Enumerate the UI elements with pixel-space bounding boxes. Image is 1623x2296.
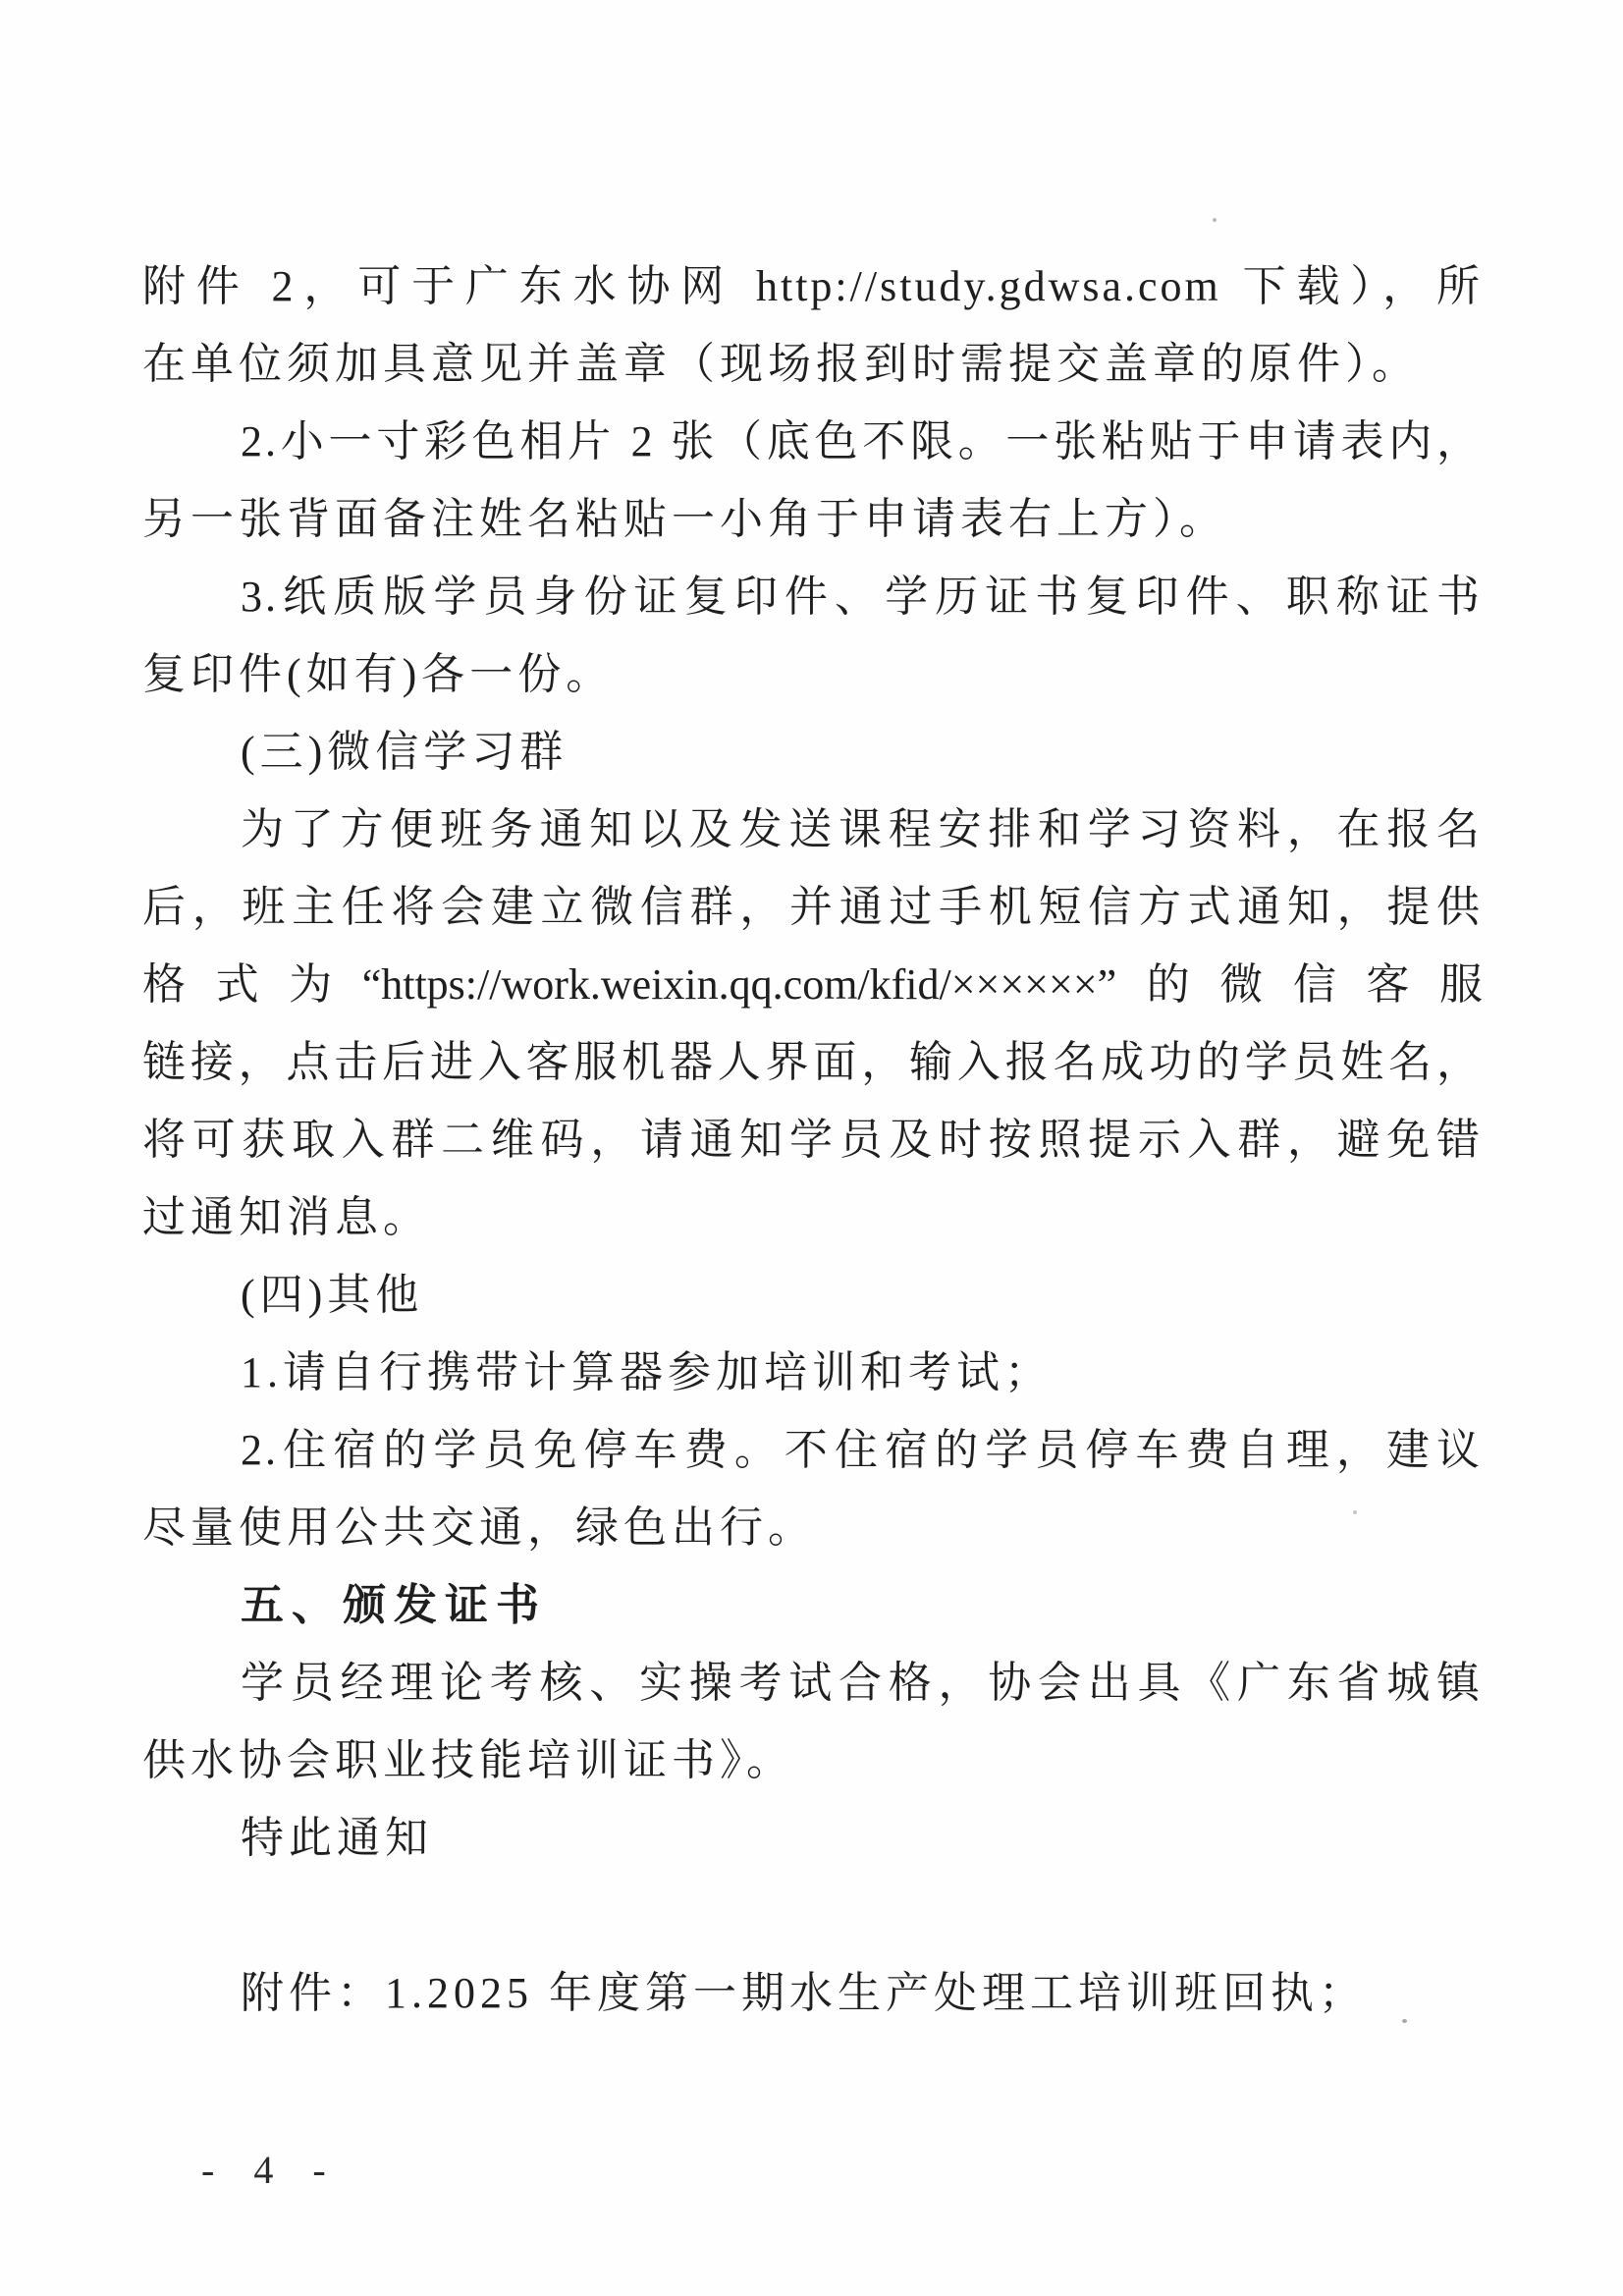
text-line: 3.纸质版学员身份证复印件、学历证书复印件、职称证书 [142, 558, 1483, 635]
document-page: 附件 2，可于广东水协网 http://study.gdwsa.com 下载），… [0, 0, 1623, 2296]
section-heading-certificate: 五、颁发证书 [142, 1566, 1483, 1644]
blank-line [142, 1877, 1483, 1954]
text-line: 在单位须加具意见并盖章（现场报到时需提交盖章的原件）。 [142, 325, 1483, 403]
section-heading-wechat-group: (三)微信学习群 [142, 713, 1483, 791]
text-line: 附件 2，可于广东水协网 http://study.gdwsa.com 下载），… [142, 247, 1483, 325]
text-line: 后，班主任将会建立微信群，并通过手机短信方式通知，提供 [142, 868, 1483, 946]
text-line: 1.请自行携带计算器参加培训和考试； [142, 1334, 1483, 1411]
closing-line: 特此通知 [142, 1799, 1483, 1877]
text-line: 过通知消息。 [142, 1178, 1483, 1256]
text-line: 2.住宿的学员免停车费。不住宿的学员停车费自理，建议 [142, 1411, 1483, 1489]
text-line: 供水协会职业技能培训证书》。 [142, 1722, 1483, 1799]
scan-speck [1213, 218, 1217, 222]
text-line-with-url: 格式为“https://work.weixin.qq.com/kfid/××××… [142, 946, 1483, 1023]
scan-speck [1353, 1510, 1357, 1514]
text-line: 2.小一寸彩色相片 2 张（底色不限。一张粘贴于申请表内， [142, 403, 1483, 480]
text-line: 链接，点击后进入客服机器人界面，输入报名成功的学员姓名， [142, 1023, 1483, 1101]
document-body: 附件 2，可于广东水协网 http://study.gdwsa.com 下载），… [142, 247, 1483, 2032]
section-heading-other: (四)其他 [142, 1256, 1483, 1334]
page-number: - 4 - [201, 2141, 332, 2200]
text-line: 复印件(如有)各一份。 [142, 635, 1483, 713]
scan-speck [1402, 2019, 1407, 2023]
text-line: 尽量使用公共交通，绿色出行。 [142, 1489, 1483, 1566]
text-line: 另一张背面备注姓名粘贴一小角于申请表右上方）。 [142, 480, 1483, 558]
text-line: 将可获取入群二维码，请通知学员及时按照提示入群，避免错 [142, 1101, 1483, 1178]
attachment-line: 附件：1.2025 年度第一期水生产处理工培训班回执； [142, 1954, 1483, 2032]
text-line: 学员经理论考核、实操考试合格，协会出具《广东省城镇 [142, 1644, 1483, 1722]
text-line: 为了方便班务通知以及发送课程安排和学习资料，在报名 [142, 791, 1483, 868]
